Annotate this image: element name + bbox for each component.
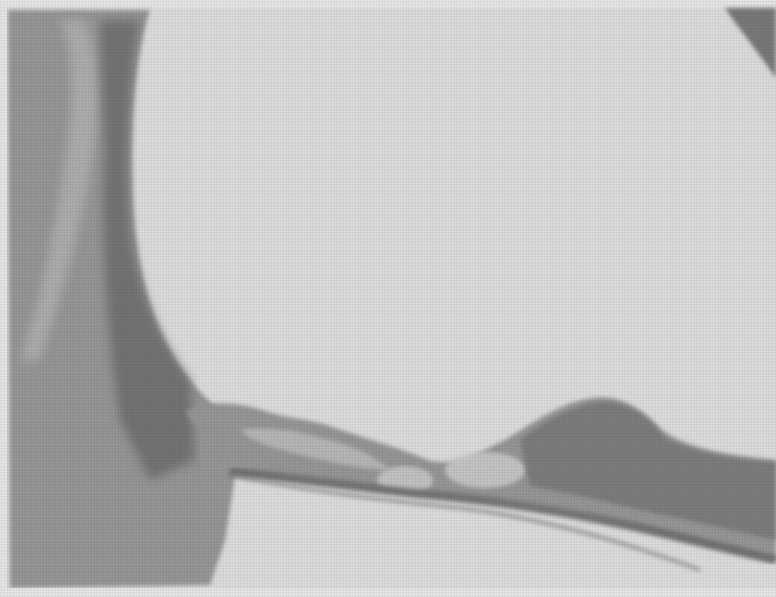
halftone-photomicrograph xyxy=(0,0,776,597)
bottom-paper-edge xyxy=(0,588,776,597)
tissue-image xyxy=(0,0,776,597)
pale-island-2 xyxy=(445,452,525,488)
left-paper-edge xyxy=(0,0,7,597)
